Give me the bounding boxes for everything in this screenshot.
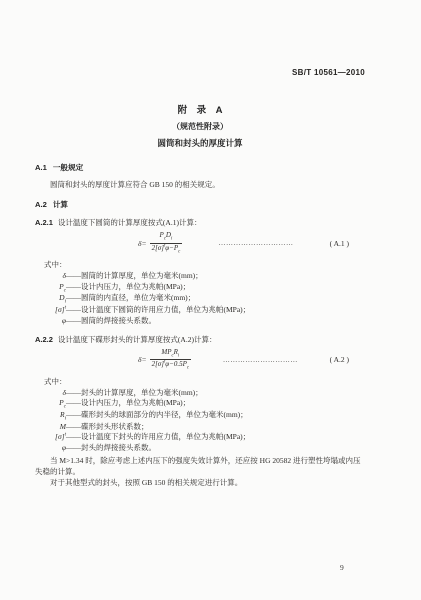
symbol-definition-row: δ——圆筒的计算厚度，单位为毫米(mm)； [35, 271, 365, 282]
symbol-description: ——碟形封头形状系数； [66, 422, 365, 433]
symbol-definition-row: Pc——设计内压力，单位为兆帕(MPa)； [35, 282, 365, 294]
note-other-heads: 对于其他型式的封头，按照 GB 150 的相关规定进行计算。 [35, 477, 365, 488]
fraction-numerator: PcDi [150, 231, 183, 243]
dot-leader: ………………………… [185, 239, 326, 247]
symbol: δ [35, 388, 66, 399]
equation-lhs: δ= [138, 239, 147, 248]
symbol-definition-row: [σ]t——设计温度下封头的许用应力值，单位为兆帕(MPa)； [35, 432, 365, 443]
fraction-numerator: MPcRi [150, 348, 191, 360]
clause-title: 计算 [53, 200, 68, 209]
symbol-description: ——设计温度下封头的许用应力值，单位为兆帕(MPa)； [66, 432, 365, 443]
symbol-definition-row: δ——封头的计算厚度，单位为毫米(mm)； [35, 388, 365, 399]
standard-reference: SB/T 10561—2010 [35, 68, 365, 77]
symbol-definition-row: [σ]t——设计温度下圆筒的许用应力值，单位为兆帕(MPa)； [35, 305, 365, 316]
symbol: φ [35, 316, 66, 327]
fraction-denominator: 2[σ]tφ−0.5Pc [150, 360, 191, 371]
where-label: 式中： [44, 376, 365, 387]
clause-number: A.2.2 [35, 335, 53, 344]
page-number: 9 [340, 563, 344, 572]
symbol: [σ]t [35, 432, 66, 443]
clause-text: 设计温度下圆筒的计算厚度按式(A.1)计算： [58, 218, 202, 227]
symbol-description: ——碟形封头的球面部分的内半径，单位为毫米(mm)； [66, 410, 365, 422]
symbol-definition-row: Di——圆筒的内直径，单位为毫米(mm)； [35, 293, 365, 305]
symbol: [σ]t [35, 305, 66, 316]
symbol: Ri [35, 410, 66, 422]
clause-title: 一般规定 [53, 163, 83, 172]
clause-number: A.1 [35, 163, 47, 172]
symbol-list-a22: δ——封头的计算厚度，单位为毫米(mm)；Pc——设计内压力，单位为兆帕(MPa… [35, 388, 365, 454]
symbol-description: ——设计内压力，单位为兆帕(MPa)； [66, 398, 365, 410]
symbol: Di [35, 293, 66, 305]
symbol: δ [35, 271, 66, 282]
symbol-definition-row: φ——封头的焊接接头系数。 [35, 443, 365, 454]
symbol: Pc [35, 398, 66, 410]
symbol-definition-row: Pc——设计内压力，单位为兆帕(MPa)； [35, 398, 365, 410]
symbol-definition-row: Ri——碟形封头的球面部分的内半径，单位为毫米(mm)； [35, 410, 365, 422]
equation-number: ( A.1 ) [330, 239, 349, 248]
document-page: SB/T 10561—2010 附 录 A （规范性附录） 圆筒和封头的厚度计算… [35, 0, 365, 488]
equation-a2: δ= MPcRi 2[σ]tφ−0.5Pc [138, 348, 191, 371]
symbol: M [35, 422, 66, 433]
clause-number: A.2 [35, 200, 47, 209]
appendix-title: 附 录 A [35, 102, 365, 116]
symbol: Pc [35, 282, 66, 294]
symbol-description: ——封头的焊接接头系数。 [66, 443, 365, 454]
fraction: PcDi 2[σ]tφ−Pc [150, 231, 183, 254]
clause-a2-heading: A.2计算 [35, 199, 365, 210]
symbol: φ [35, 443, 66, 454]
equation-a1: δ= PcDi 2[σ]tφ−Pc [138, 231, 182, 254]
clause-a1-body: 圆筒和封头的厚度计算应符合 GB 150 的相关规定。 [35, 179, 365, 190]
formula-a2: δ= MPcRi 2[σ]tφ−0.5Pc ………………………… ( A.2 ) [35, 348, 365, 372]
equation-number: ( A.2 ) [330, 355, 349, 364]
symbol-description: ——设计内压力，单位为兆帕(MPa)； [66, 282, 365, 294]
clause-a1-heading: A.1一般规定 [35, 162, 365, 173]
where-label: 式中： [44, 259, 365, 270]
note-m-line1: 当 M>1.34 时，除应考虑上述内压下的强度失效计算外，还应按 HG 2058… [35, 455, 365, 466]
symbol-description: ——圆筒的计算厚度，单位为毫米(mm)； [66, 271, 365, 282]
appendix-type: （规范性附录） [35, 121, 365, 132]
equation-lhs: δ= [138, 355, 147, 364]
symbol-definition-row: M——碟形封头形状系数； [35, 422, 365, 433]
appendix-subject: 圆筒和封头的厚度计算 [35, 137, 365, 149]
symbol-description: ——圆筒的内直径，单位为毫米(mm)； [66, 293, 365, 305]
fraction-denominator: 2[σ]tφ−Pc [150, 244, 183, 255]
clause-a21-heading: A.2.1设计温度下圆筒的计算厚度按式(A.1)计算： [35, 217, 365, 228]
fraction: MPcRi 2[σ]tφ−0.5Pc [150, 348, 191, 371]
clause-text: 设计温度下碟形封头的计算厚度按式(A.2)计算： [58, 335, 217, 344]
clause-number: A.2.1 [35, 218, 53, 227]
symbol-description: ——圆筒的焊接接头系数。 [66, 316, 365, 327]
symbol-definition-row: φ——圆筒的焊接接头系数。 [35, 316, 365, 327]
formula-a1: δ= PcDi 2[σ]tφ−Pc ………………………… ( A.1 ) [35, 231, 365, 255]
appendix-title-block: 附 录 A （规范性附录） 圆筒和封头的厚度计算 [35, 102, 365, 149]
symbol-description: ——封头的计算厚度，单位为毫米(mm)； [66, 388, 365, 399]
clause-a22-heading: A.2.2设计温度下碟形封头的计算厚度按式(A.2)计算： [35, 334, 365, 345]
note-m-line2: 失稳的计算。 [35, 466, 365, 477]
dot-leader: ………………………… [194, 356, 327, 364]
symbol-list-a21: δ——圆筒的计算厚度，单位为毫米(mm)；Pc——设计内压力，单位为兆帕(MPa… [35, 271, 365, 327]
symbol-description: ——设计温度下圆筒的许用应力值，单位为兆帕(MPa)； [66, 305, 365, 316]
